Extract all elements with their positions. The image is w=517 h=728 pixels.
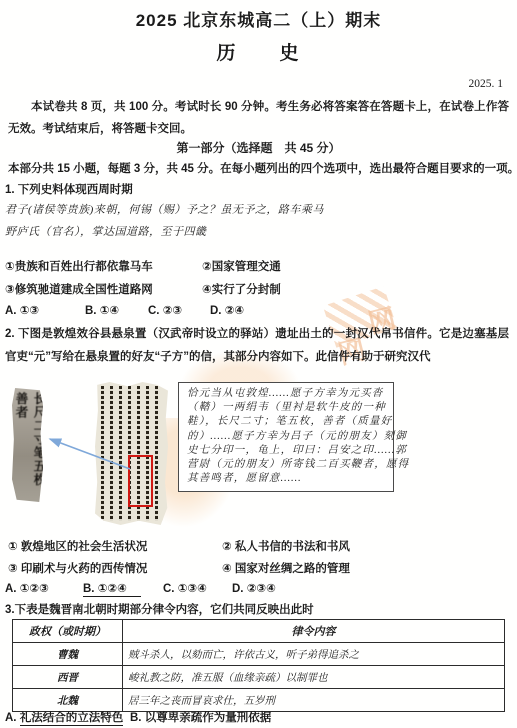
question2-choice-a: A. ①②③: [5, 581, 49, 595]
question3-stem: 3.下表是魏晋南北朝时期部分律令内容，它们共同反映出此时: [5, 601, 314, 617]
choice-prefix: A.: [5, 712, 17, 724]
decree-cell: 峻礼教之防，准五服（血缘亲疏）以制罪也: [123, 666, 505, 689]
table-row: 曹魏 贼斗杀人，以劾而亡，许依古义，听子弟得追杀之: [13, 643, 505, 666]
letter-line: 鞋），长尺二寸；笔五枚，善者（质量好: [187, 415, 385, 429]
subject-title: 历 史: [0, 38, 517, 65]
question1-stem: 1. 下列史料体现西周时期: [5, 181, 133, 197]
question3-choice-b: B. 以尊卑亲疏作为量刑依据: [130, 709, 271, 725]
question2-choice-b-underlined: B. ①②④: [83, 581, 141, 595]
question1-choice-a: A. ①③: [5, 303, 39, 317]
question1-source-1: 君子(诸侯等贵族)来朝，何锡（赐）予之？虽无予之，路车乘马: [5, 201, 324, 217]
question1-choice-b: B. ①④: [85, 303, 119, 317]
question3-choice-a: A. 礼法结合的立法特色: [5, 709, 123, 725]
question2-item-2: ② 私人书信的书法和书风: [222, 538, 350, 554]
question2-stem: 2. 下图是敦煌效谷县悬泉置（汉武帝时设立的驿站）遗址出土的一封汉代帛书信件。它…: [5, 323, 509, 369]
section1-intro: 本部分共 15 小题，每题 3 分，共 45 分。在每小题列出的四个选项中，选出…: [8, 160, 517, 176]
letter-line: 营尉（元的朋友）所寄钱二百买鞭者，愿得: [187, 458, 385, 472]
answer-underline: 礼法结合的立法特色: [20, 712, 124, 726]
question2-item-3: ③ 印刷术与火药的西传情况: [8, 560, 147, 576]
exam-notice: 本试卷共 8 页，共 100 分。考试时长 90 分钟。考生务必将答案答在答题卡…: [8, 96, 509, 140]
question2-choice-c: C. ①③④: [163, 581, 207, 595]
regime-cell: 曹魏: [13, 643, 123, 666]
decree-cell: 贼斗杀人，以劾而亡，许依古义，听子弟得追杀之: [123, 643, 505, 666]
letter-line: 恰元当从屯敦煌……愿子方幸为元买沓: [187, 387, 385, 401]
table-row: 西晋 峻礼教之防，准五服（血缘亲疏）以制罪也: [13, 666, 505, 689]
question1-choice-d: D. ②④: [210, 303, 244, 317]
question1-item-2: ②国家管理交通: [202, 258, 281, 274]
question2-item-4: ④ 国家对丝绸之路的管理: [222, 560, 350, 576]
question1-source-2: 野庐氏（官名），掌达国道路，至于四畿: [5, 223, 207, 239]
letter-line: （鞜）一两绢韦（里衬是软牛皮的一种: [187, 401, 385, 415]
letter-transcription-box: 恰元当从屯敦煌……愿子方幸为元买沓 （鞜）一两绢韦（里衬是软牛皮的一种 鞋），长…: [178, 382, 394, 492]
letter-line: 史七分印一，龟上，印曰：吕安之印……郭: [187, 444, 385, 458]
callout-arrow: [38, 424, 138, 476]
question1-item-1: ①贵族和百姓出行都依靠马车: [5, 258, 153, 274]
question1-item-3: ③修筑驰道建成全国性道路网: [5, 281, 153, 297]
letter-line: 其善鸣者，愿留意……: [187, 472, 385, 486]
exam-paper-page: 网 网 chu.com 2025 北京东城高二（上）期末 历 史 2025. 1…: [0, 0, 517, 728]
decrees-table: 政权（或时期） 律令内容 曹魏 贼斗杀人，以劾而亡，许依古义，听子弟得追杀之 西…: [12, 619, 505, 712]
question2-item-1: ① 敦煌地区的社会生活状况: [8, 538, 147, 554]
column-header-regime: 政权（或时期）: [13, 620, 123, 643]
question1-item-4: ④实行了分封制: [202, 281, 281, 297]
table-header-row: 政权（或时期） 律令内容: [13, 620, 505, 643]
paper-title: 2025 北京东城高二（上）期末: [0, 6, 517, 31]
column-header-decree: 律令内容: [123, 620, 505, 643]
question2-choice-d: D. ②③④: [232, 581, 276, 595]
exam-date: 2025. 1: [469, 78, 504, 90]
regime-cell: 西晋: [13, 666, 123, 689]
letter-line: 的）……愿子方幸为吕子（元的朋友）刻御: [187, 430, 385, 444]
answer-underline: B. ①②④: [83, 583, 141, 597]
question1-choice-c: C. ②③: [148, 303, 182, 317]
section1-heading: 第一部分（选择题 共 45 分）: [0, 139, 517, 156]
